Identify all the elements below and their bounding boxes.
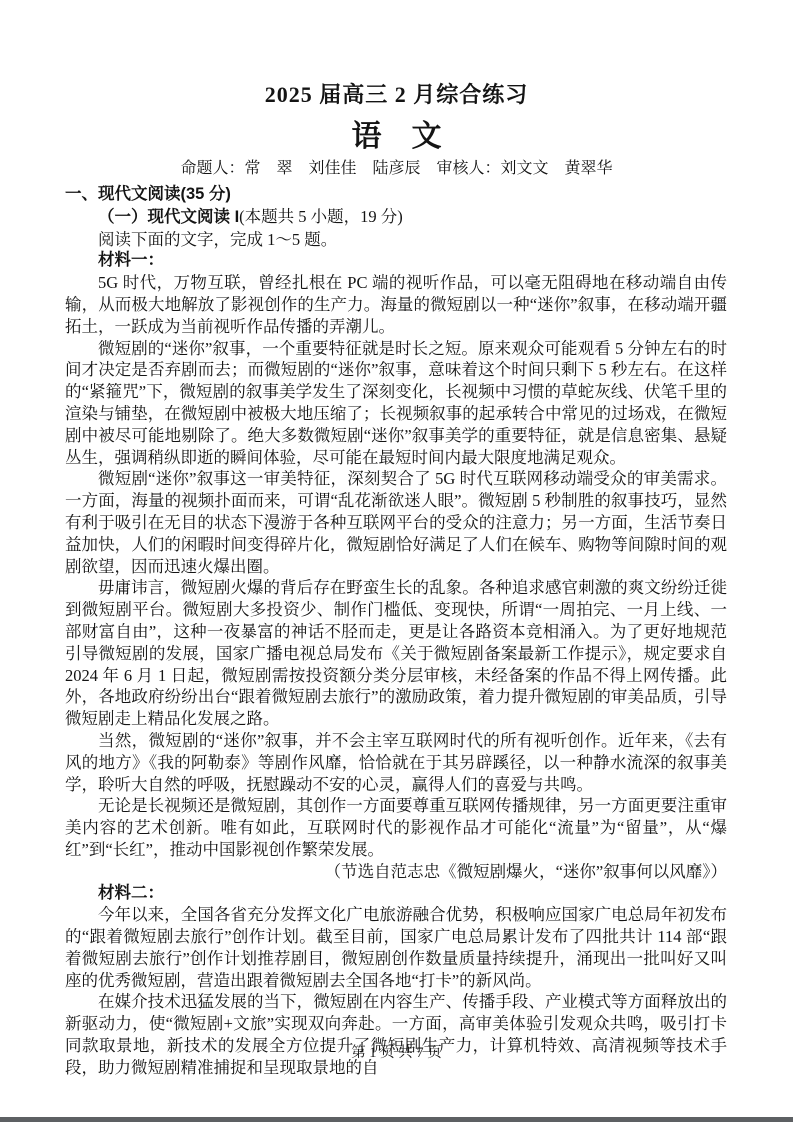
material-two-paragraph-2: 在媒介技术迅猛发展的当下，微短剧在内容生产、传播手段、产业模式等方面释放出的新驱… — [65, 991, 727, 1078]
material-one-paragraph-1: 5G 时代，万物互联，曾经扎根在 PC 端的视听作品，可以毫无阻碍地在移动端自由… — [65, 272, 727, 337]
material-one-citation: （节选自范志忠《微短剧爆火，“迷你”叙事何以风靡》） — [65, 861, 727, 883]
document-body: 一、现代文阅读(35 分) （一）现代文阅读 I(本题共 5 小题，19 分) … — [0, 184, 793, 1079]
material-one-paragraph-4: 毋庸讳言，微短剧火爆的背后存在野蛮生长的乱象。各种追求感官刺激的爽文纷纷迁徙到微… — [65, 577, 727, 730]
material-one-paragraph-3: 微短剧“迷你”叙事这一审美特征，深刻契合了 5G 时代互联网移动端受众的审美需求… — [65, 468, 727, 577]
section-one-heading: 一、现代文阅读(35 分) — [65, 184, 727, 206]
material-one-label: 材料一： — [65, 250, 727, 272]
document-header: 2025 届高三 2 月综合练习 语 文 命题人：常 翠 刘佳佳 陆彦辰 审核人… — [0, 0, 793, 179]
material-one-paragraph-5: 当然，微短剧的“迷你”叙事，并不会主宰互联网时代的所有视听创作。近年来，《去有风… — [65, 730, 727, 795]
subsection-heading: （一）现代文阅读 I(本题共 5 小题，19 分) — [65, 206, 727, 229]
window-bottom-edge-bar — [0, 1117, 793, 1122]
page-number-indicator: 第 1 页 共 7 页 — [0, 1044, 793, 1062]
subsection-heading-rest: (本题共 5 小题，19 分) — [239, 207, 403, 226]
subsection-heading-bold: （一）现代文阅读 I — [98, 208, 239, 226]
reading-instruction: 阅读下面的文字，完成 1～5 题。 — [65, 229, 727, 251]
document-page: 2025 届高三 2 月综合练习 语 文 命题人：常 翠 刘佳佳 陆彦辰 审核人… — [0, 0, 793, 1122]
material-one-paragraph-2: 微短剧的“迷你”叙事，一个重要特征就是时长之短。原来观众可能观看 5 分钟左右的… — [65, 338, 727, 469]
exam-title: 2025 届高三 2 月综合练习 — [0, 0, 793, 108]
material-two-label: 材料二： — [65, 883, 727, 905]
byline: 命题人：常 翠 刘佳佳 陆彦辰 审核人：刘文文 黄翠华 — [0, 159, 793, 179]
material-one-paragraph-6: 无论是长视频还是微短剧，其创作一方面要尊重互联网传播规律，另一方面更要注重审美内… — [65, 795, 727, 860]
material-two-paragraph-1: 今年以来，全国各省充分发挥文化广电旅游融合优势，积极响应国家广电总局年初发布的“… — [65, 904, 727, 991]
subject-title: 语 文 — [0, 120, 793, 154]
